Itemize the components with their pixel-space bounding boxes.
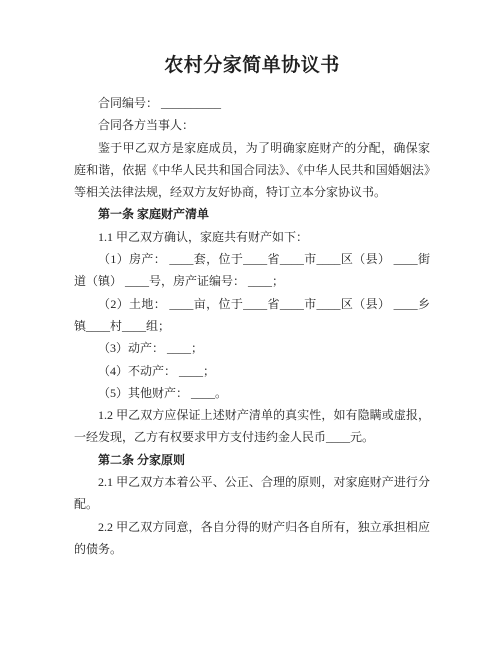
document-title: 农村分家简单协议书 xyxy=(74,53,430,79)
paragraph: （2）土地： ____亩，位于____省____市____区（县） ____乡镇… xyxy=(74,293,430,338)
paragraph: （3）动产： ____； xyxy=(74,337,430,359)
paragraph: 2.1 甲乙双方本着公平、公正、合理的原则，对家庭财产进行分配。 xyxy=(74,471,430,516)
section-heading: 第二条 分家原则 xyxy=(74,449,430,471)
document-page: 农村分家简单协议书 合同编号： __________合同各方当事人：鉴于甲乙双方… xyxy=(0,0,500,647)
paragraph: 1.2 甲乙双方应保证上述财产清单的真实性，如有隐瞒或虚报，一经发现，乙方有权要… xyxy=(74,404,430,449)
document-body: 合同编号： __________合同各方当事人：鉴于甲乙双方是家庭成员，为了明确… xyxy=(74,92,430,560)
section-heading: 第一条 家庭财产清单 xyxy=(74,203,430,225)
paragraph: 合同各方当事人： xyxy=(74,114,430,136)
paragraph: 2.2 甲乙双方同意，各自分得的财产归各自所有，独立承担相应的债务。 xyxy=(74,516,430,561)
paragraph: 鉴于甲乙双方是家庭成员，为了明确家庭财产的分配，确保家庭和谐，依据《中华人民共和… xyxy=(74,137,430,204)
paragraph: （4）不动产： ____； xyxy=(74,360,430,382)
paragraph: （1）房产： ____套，位于____省____市____区（县） ____街道… xyxy=(74,248,430,293)
paragraph: 1.1 甲乙双方确认，家庭共有财产如下： xyxy=(74,226,430,248)
paragraph: （5）其他财产： ____。 xyxy=(74,382,430,404)
paragraph: 合同编号： __________ xyxy=(74,92,430,114)
